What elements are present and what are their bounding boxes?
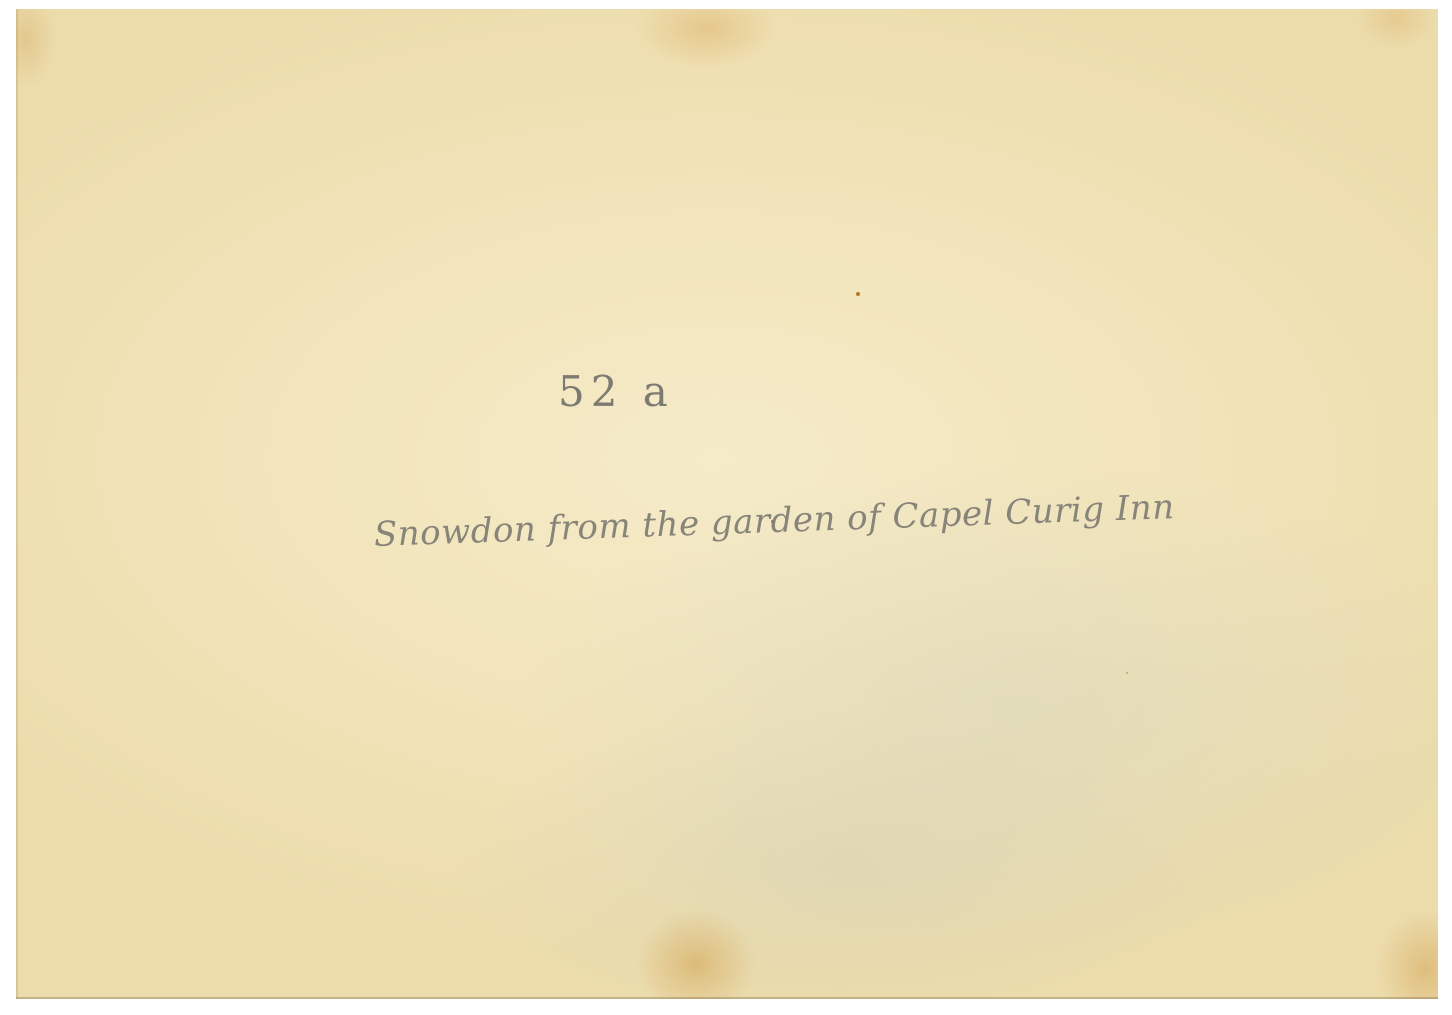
scanned-document: 52 a Snowdon from the garden of Capel Cu… <box>0 0 1452 1015</box>
handwritten-caption: Snowdon from the garden of Capel Curig I… <box>373 487 1175 555</box>
foxing-spot <box>856 292 860 296</box>
paper-sheet: 52 a Snowdon from the garden of Capel Cu… <box>16 9 1438 999</box>
catalog-number: 52 a <box>558 367 674 416</box>
foxing-spot <box>1126 672 1128 674</box>
